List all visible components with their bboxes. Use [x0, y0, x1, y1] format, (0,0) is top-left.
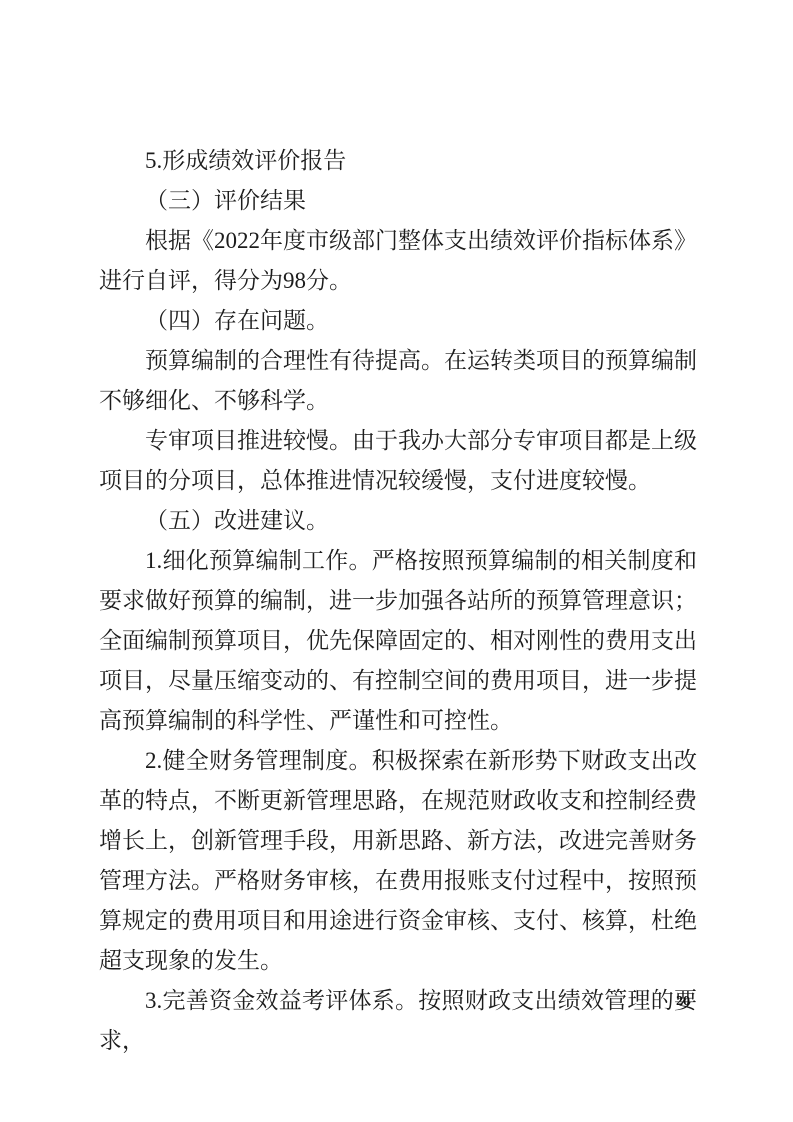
paragraph-problem-1: 预算编制的合理性有待提高。在运转类项目的预算编制不够细化、不够科学。 [99, 341, 697, 421]
paragraph-list-item-5: 5.形成绩效评价报告 [99, 141, 697, 181]
paragraph-heading-5: （五）改进建议。 [99, 501, 697, 541]
page-number: 20 [676, 993, 690, 1011]
paragraph-evaluation-result: 根据《2022年度市级部门整体支出绩效评价指标体系》进行自评，得分为98分。 [99, 221, 697, 301]
paragraph-suggestion-2: 2.健全财务管理制度。积极探索在新形势下财政支出改革的特点，不断更新管理思路，在… [99, 741, 697, 981]
paragraph-heading-3: （三）评价结果 [99, 181, 697, 221]
paragraph-suggestion-3: 3.完善资金效益考评体系。按照财政支出绩效管理的要求， [99, 981, 697, 1061]
paragraph-suggestion-1: 1.细化预算编制工作。严格按照预算编制的相关制度和要求做好预算的编制，进一步加强… [99, 541, 697, 741]
paragraph-problem-2: 专审项目推进较慢。由于我办大部分专审项目都是上级项目的分项目，总体推进情况较缓慢… [99, 421, 697, 501]
paragraph-heading-4: （四）存在问题。 [99, 301, 697, 341]
document-page: 5.形成绩效评价报告 （三）评价结果 根据《2022年度市级部门整体支出绩效评价… [0, 0, 793, 1122]
document-body: 5.形成绩效评价报告 （三）评价结果 根据《2022年度市级部门整体支出绩效评价… [99, 141, 697, 1061]
